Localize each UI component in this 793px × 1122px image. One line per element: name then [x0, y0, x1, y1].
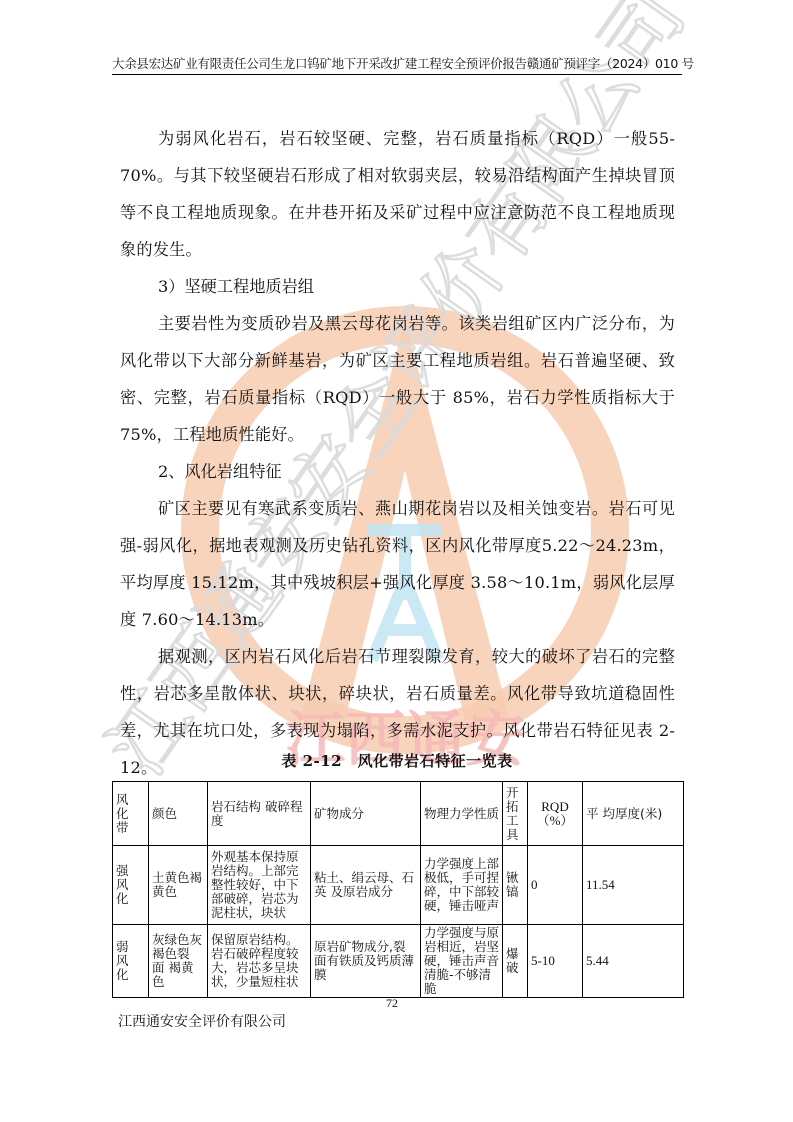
tool-cell: 锹镐 [503, 846, 528, 925]
properties-cell: 力学强度与原岩相近，岩坚硬，锤击声音清脆-不够清脆 [421, 925, 503, 998]
document-page: 江西通安 江西通安安全评价有限公司 大余县宏达矿业有限责任公司生龙口钨矿地下开采… [0, 0, 793, 1122]
section-heading: 3）坚硬工程地质岩组 [120, 268, 675, 305]
body-text: 为弱风化岩石，岩石较坚硬、完整，岩石质量指标（RQD）一般55-70%。与其下较… [120, 120, 675, 786]
page-header: 大余县宏达矿业有限责任公司生龙口钨矿地下开采改扩建工程安全预评价报告赣通矿预评字… [112, 56, 682, 75]
zone-cell: 强风化 [113, 846, 149, 925]
header-cell: RQD（%） [528, 782, 583, 846]
minerals-cell: 粘土、绢云母、石英 及原岩成分 [311, 846, 421, 925]
header-cell: 矿物成分 [311, 782, 421, 846]
paragraph: 主要岩性为变质砂岩及黑云母花岗岩等。该类岩组矿区内广泛分布，为风化带以下大部分新… [120, 305, 675, 453]
thickness-cell: 5.44 [583, 925, 684, 998]
header-cell: 物理力学性质 [421, 782, 503, 846]
weathering-zone-table: 风化带 颜色 岩石结构 破碎程度 矿物成分 物理力学性质 开拓工具 RQD（%）… [112, 781, 684, 998]
page-number: 72 [386, 996, 398, 1011]
page-footer-company: 江西通安安全评价有限公司 [118, 1011, 286, 1031]
header-cell: 颜色 [149, 782, 208, 846]
structure-cell: 外观基本保持原岩结构。上部完整性较好，中下部破碎，岩芯为泥柱状，块状 [208, 846, 311, 925]
color-cell: 土黄色褐黄色 [149, 846, 208, 925]
tool-cell: 爆破 [503, 925, 528, 998]
header-cell: 风化带 [113, 782, 149, 846]
header-cell: 开拓工具 [503, 782, 528, 846]
rqd-cell: 0 [528, 846, 583, 925]
section-heading: 2、风化岩组特征 [120, 453, 675, 490]
structure-cell: 保留原岩结构。岩石破碎程度较大，岩芯多呈块状，少量短柱状 [208, 925, 311, 998]
header-cell: 岩石结构 破碎程度 [208, 782, 311, 846]
rqd-cell: 5-10 [528, 925, 583, 998]
table-header-row: 风化带 颜色 岩石结构 破碎程度 矿物成分 物理力学性质 开拓工具 RQD（%）… [113, 782, 684, 846]
header-cell: 平 均厚度(米) [583, 782, 684, 846]
table-title: 表 2-12 风化带岩石特征一览表 [112, 750, 682, 771]
paragraph: 为弱风化岩石，岩石较坚硬、完整，岩石质量指标（RQD）一般55-70%。与其下较… [120, 120, 675, 268]
table-row: 强风化 土黄色褐黄色 外观基本保持原岩结构。上部完整性较好，中下部破碎，岩芯为泥… [113, 846, 684, 925]
thickness-cell: 11.54 [583, 846, 684, 925]
properties-cell: 力学强度上部极低，手可捏碎，中下部较硬，锤击哑声 [421, 846, 503, 925]
color-cell: 灰绿色灰褐色裂 面 褐黄色 [149, 925, 208, 998]
table-row: 弱风化 灰绿色灰褐色裂 面 褐黄色 保留原岩结构。岩石破碎程度较大，岩芯多呈块状… [113, 925, 684, 998]
zone-cell: 弱风化 [113, 925, 149, 998]
minerals-cell: 原岩矿物成分,裂面有铁质及钙质薄膜 [311, 925, 421, 998]
paragraph: 矿区主要见有寒武系变质岩、燕山期花岗岩以及相关蚀变岩。岩石可见强-弱风化，据地表… [120, 490, 675, 638]
